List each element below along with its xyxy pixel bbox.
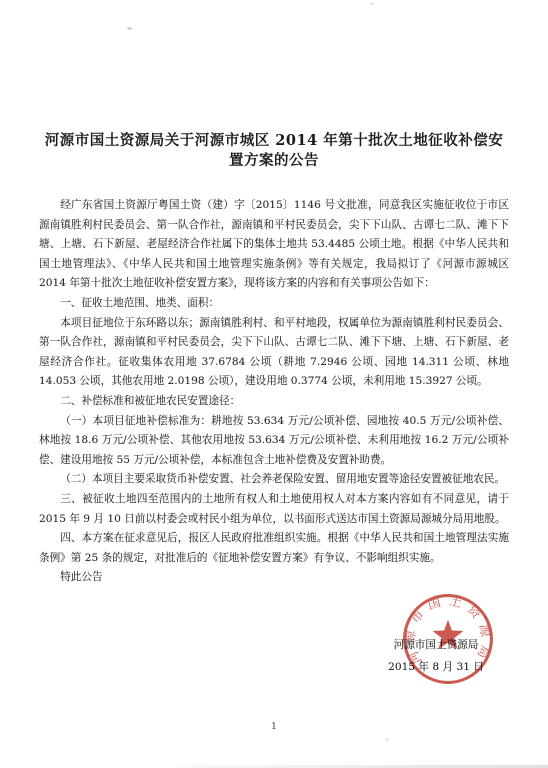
seal-star-icon <box>432 620 463 650</box>
body-paragraph: 一、征收土地范围、地类、面积： <box>39 294 509 314</box>
body-paragraph: 经广东省国土资源厅粤国土资（建）字〔2015〕1146 号文批准，同意我区实施征… <box>39 196 509 294</box>
scan-artifact-speck <box>127 27 132 30</box>
scan-artifact-speck <box>370 2 374 5</box>
document-title: 河源市国土资源局关于河源市城区 2014 年第十批次土地征收补偿安置方案的公告 <box>39 131 509 170</box>
body-paragraph: （二）本项目主要采取货币补偿安置、社会养老保险安置、留用地安置等途径安置被征地农… <box>39 470 509 490</box>
document-body: 经广东省国土资源厅粤国土资（建）字〔2015〕1146 号文批准，同意我区实施征… <box>39 196 509 588</box>
body-paragraph: 特此公告 <box>39 568 509 588</box>
body-paragraph: 本项目征地位于东环路以东；源南镇胜利村、和平村地段，权属单位为源南镇胜利村民委员… <box>39 314 509 392</box>
official-seal-icon: 河源市国土资源局 <box>401 592 495 686</box>
body-paragraph: 三、被征收土地四至范围内的土地所有权人和土地使用权人对本方案内容如有不同意见，请… <box>39 490 509 529</box>
body-paragraph: 二、补偿标准和被征地农民安置途径： <box>39 392 509 412</box>
body-paragraph: 四、本方案在征求意见后，报区人民政府批准组织实施。根据《中华人民共和国土地管理法… <box>39 529 509 568</box>
body-paragraph: （一）本项目征地补偿标准为：耕地按 53.634 万元/公顷补偿、园地按 40.… <box>39 412 509 471</box>
page-number: 1 <box>0 722 548 732</box>
document-page: 河源市国土资源局关于河源市城区 2014 年第十批次土地征收补偿安置方案的公告 … <box>0 0 548 768</box>
scan-artifact-speck <box>385 738 389 741</box>
